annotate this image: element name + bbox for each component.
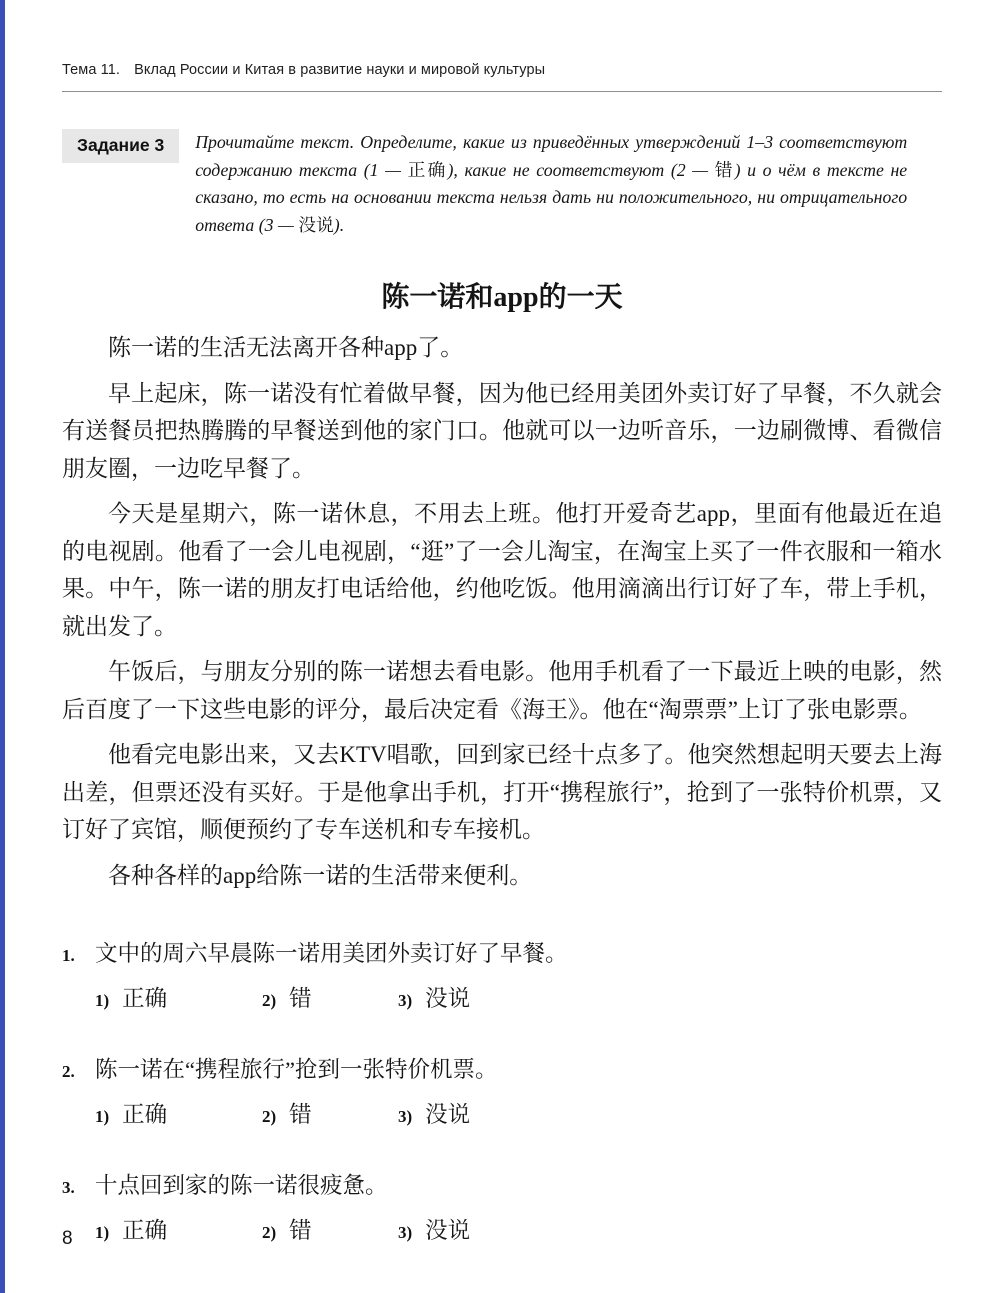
scan-binding-edge xyxy=(0,0,5,1293)
question-number: 2. xyxy=(62,1062,95,1082)
answer-option: 1) 正确 xyxy=(95,1213,262,1245)
theme-label: Тема 11. xyxy=(62,62,120,78)
option-label: 正确 xyxy=(122,1097,167,1129)
answer-option: 3) 没说 xyxy=(398,1097,470,1129)
option-number: 2) xyxy=(262,991,276,1011)
answer-option: 2) 错 xyxy=(262,1213,398,1245)
option-number: 2) xyxy=(262,1223,276,1243)
option-number: 3) xyxy=(398,1107,412,1127)
question-item: 1. 文中的周六早晨陈一诺用美团外卖订好了早餐。 1) 正确 2) 错 3) 没… xyxy=(62,936,942,1013)
option-label: 错 xyxy=(289,1097,312,1129)
question-text: 十点回到家的陈一诺很疲惫。 xyxy=(95,1168,388,1200)
option-number: 3) xyxy=(398,991,412,1011)
question-item: 3. 十点回到家的陈一诺很疲惫。 1) 正确 2) 错 3) 没说 xyxy=(62,1168,942,1245)
option-label: 正确 xyxy=(122,981,167,1013)
option-number: 1) xyxy=(95,991,109,1011)
reading-title: 陈一诺和app的一天 xyxy=(62,275,942,315)
reading-paragraph: 午饭后，与朋友分别的陈一诺想去看电影。他用手机看了一下最近上映的电影，然后百度了… xyxy=(62,653,942,728)
task-description: Прочитайте текст. Определите, какие из п… xyxy=(195,129,907,239)
question-item: 2. 陈一诺在“携程旅行”抢到一张特价机票。 1) 正确 2) 错 3) 没说 xyxy=(62,1052,942,1129)
reading-paragraph: 今天是星期六，陈一诺休息，不用去上班。他打开爱奇艺app，里面有他最近在追的电视… xyxy=(62,495,942,645)
running-head: Тема 11.Вклад России и Китая в развитие … xyxy=(62,0,942,78)
question-number: 3. xyxy=(62,1178,95,1198)
reading-paragraph: 他看完电影出来，又去KTV唱歌，回到家已经十点多了。他突然想起明天要去上海出差，… xyxy=(62,736,942,849)
option-label: 错 xyxy=(289,981,312,1013)
answer-option: 2) 错 xyxy=(262,981,398,1013)
task-description-segment: 正确 xyxy=(408,160,448,180)
theme-title: Вклад России и Китая в развитие науки и … xyxy=(134,62,545,78)
reading-paragraph: 陈一诺的生活无法离开各种app了。 xyxy=(62,329,942,367)
option-number: 2) xyxy=(262,1107,276,1127)
question-number: 1. xyxy=(62,946,95,966)
option-label: 没说 xyxy=(425,1097,470,1129)
page-number: 8 xyxy=(62,1228,73,1250)
task-label: Задание 3 xyxy=(62,129,179,163)
question-options: 1) 正确 2) 错 3) 没说 xyxy=(62,1213,942,1245)
task-description-segment: ), какие не соответствуют (2 — xyxy=(447,160,714,180)
header-rule xyxy=(62,91,942,92)
reading-paragraph: 各种各样的app给陈一诺的生活带来便利。 xyxy=(62,857,942,895)
questions-list: 1. 文中的周六早晨陈一诺用美团外卖订好了早餐。 1) 正确 2) 错 3) 没… xyxy=(62,936,942,1245)
reading-text: 陈一诺的生活无法离开各种app了。 早上起床，陈一诺没有忙着做早餐，因为他已经用… xyxy=(62,329,942,894)
option-label: 正确 xyxy=(122,1213,167,1245)
answer-option: 1) 正确 xyxy=(95,981,262,1013)
option-number: 3) xyxy=(398,1223,412,1243)
option-label: 没说 xyxy=(425,981,470,1013)
answer-option: 3) 没说 xyxy=(398,981,470,1013)
reading-paragraph: 早上起床，陈一诺没有忙着做早餐，因为他已经用美团外卖订好了早餐，不久就会有送餐员… xyxy=(62,375,942,488)
option-label: 错 xyxy=(289,1213,312,1245)
answer-option: 2) 错 xyxy=(262,1097,398,1129)
task-block: Задание 3 Прочитайте текст. Определите, … xyxy=(62,129,942,239)
question-text: 陈一诺在“携程旅行”抢到一张特价机票。 xyxy=(95,1052,497,1084)
textbook-page: Тема 11.Вклад России и Китая в развитие … xyxy=(0,0,1000,1245)
question-options: 1) 正确 2) 错 3) 没说 xyxy=(62,981,942,1013)
task-description-segment: 没说 xyxy=(298,215,334,235)
option-number: 1) xyxy=(95,1223,109,1243)
question-text: 文中的周六早晨陈一诺用美团外卖订好了早餐。 xyxy=(95,936,568,968)
question-options: 1) 正确 2) 错 3) 没说 xyxy=(62,1097,942,1129)
task-description-segment: ). xyxy=(334,215,344,235)
answer-option: 3) 没说 xyxy=(398,1213,470,1245)
task-description-segment: 错 xyxy=(715,160,735,180)
answer-option: 1) 正确 xyxy=(95,1097,262,1129)
option-label: 没说 xyxy=(425,1213,470,1245)
option-number: 1) xyxy=(95,1107,109,1127)
